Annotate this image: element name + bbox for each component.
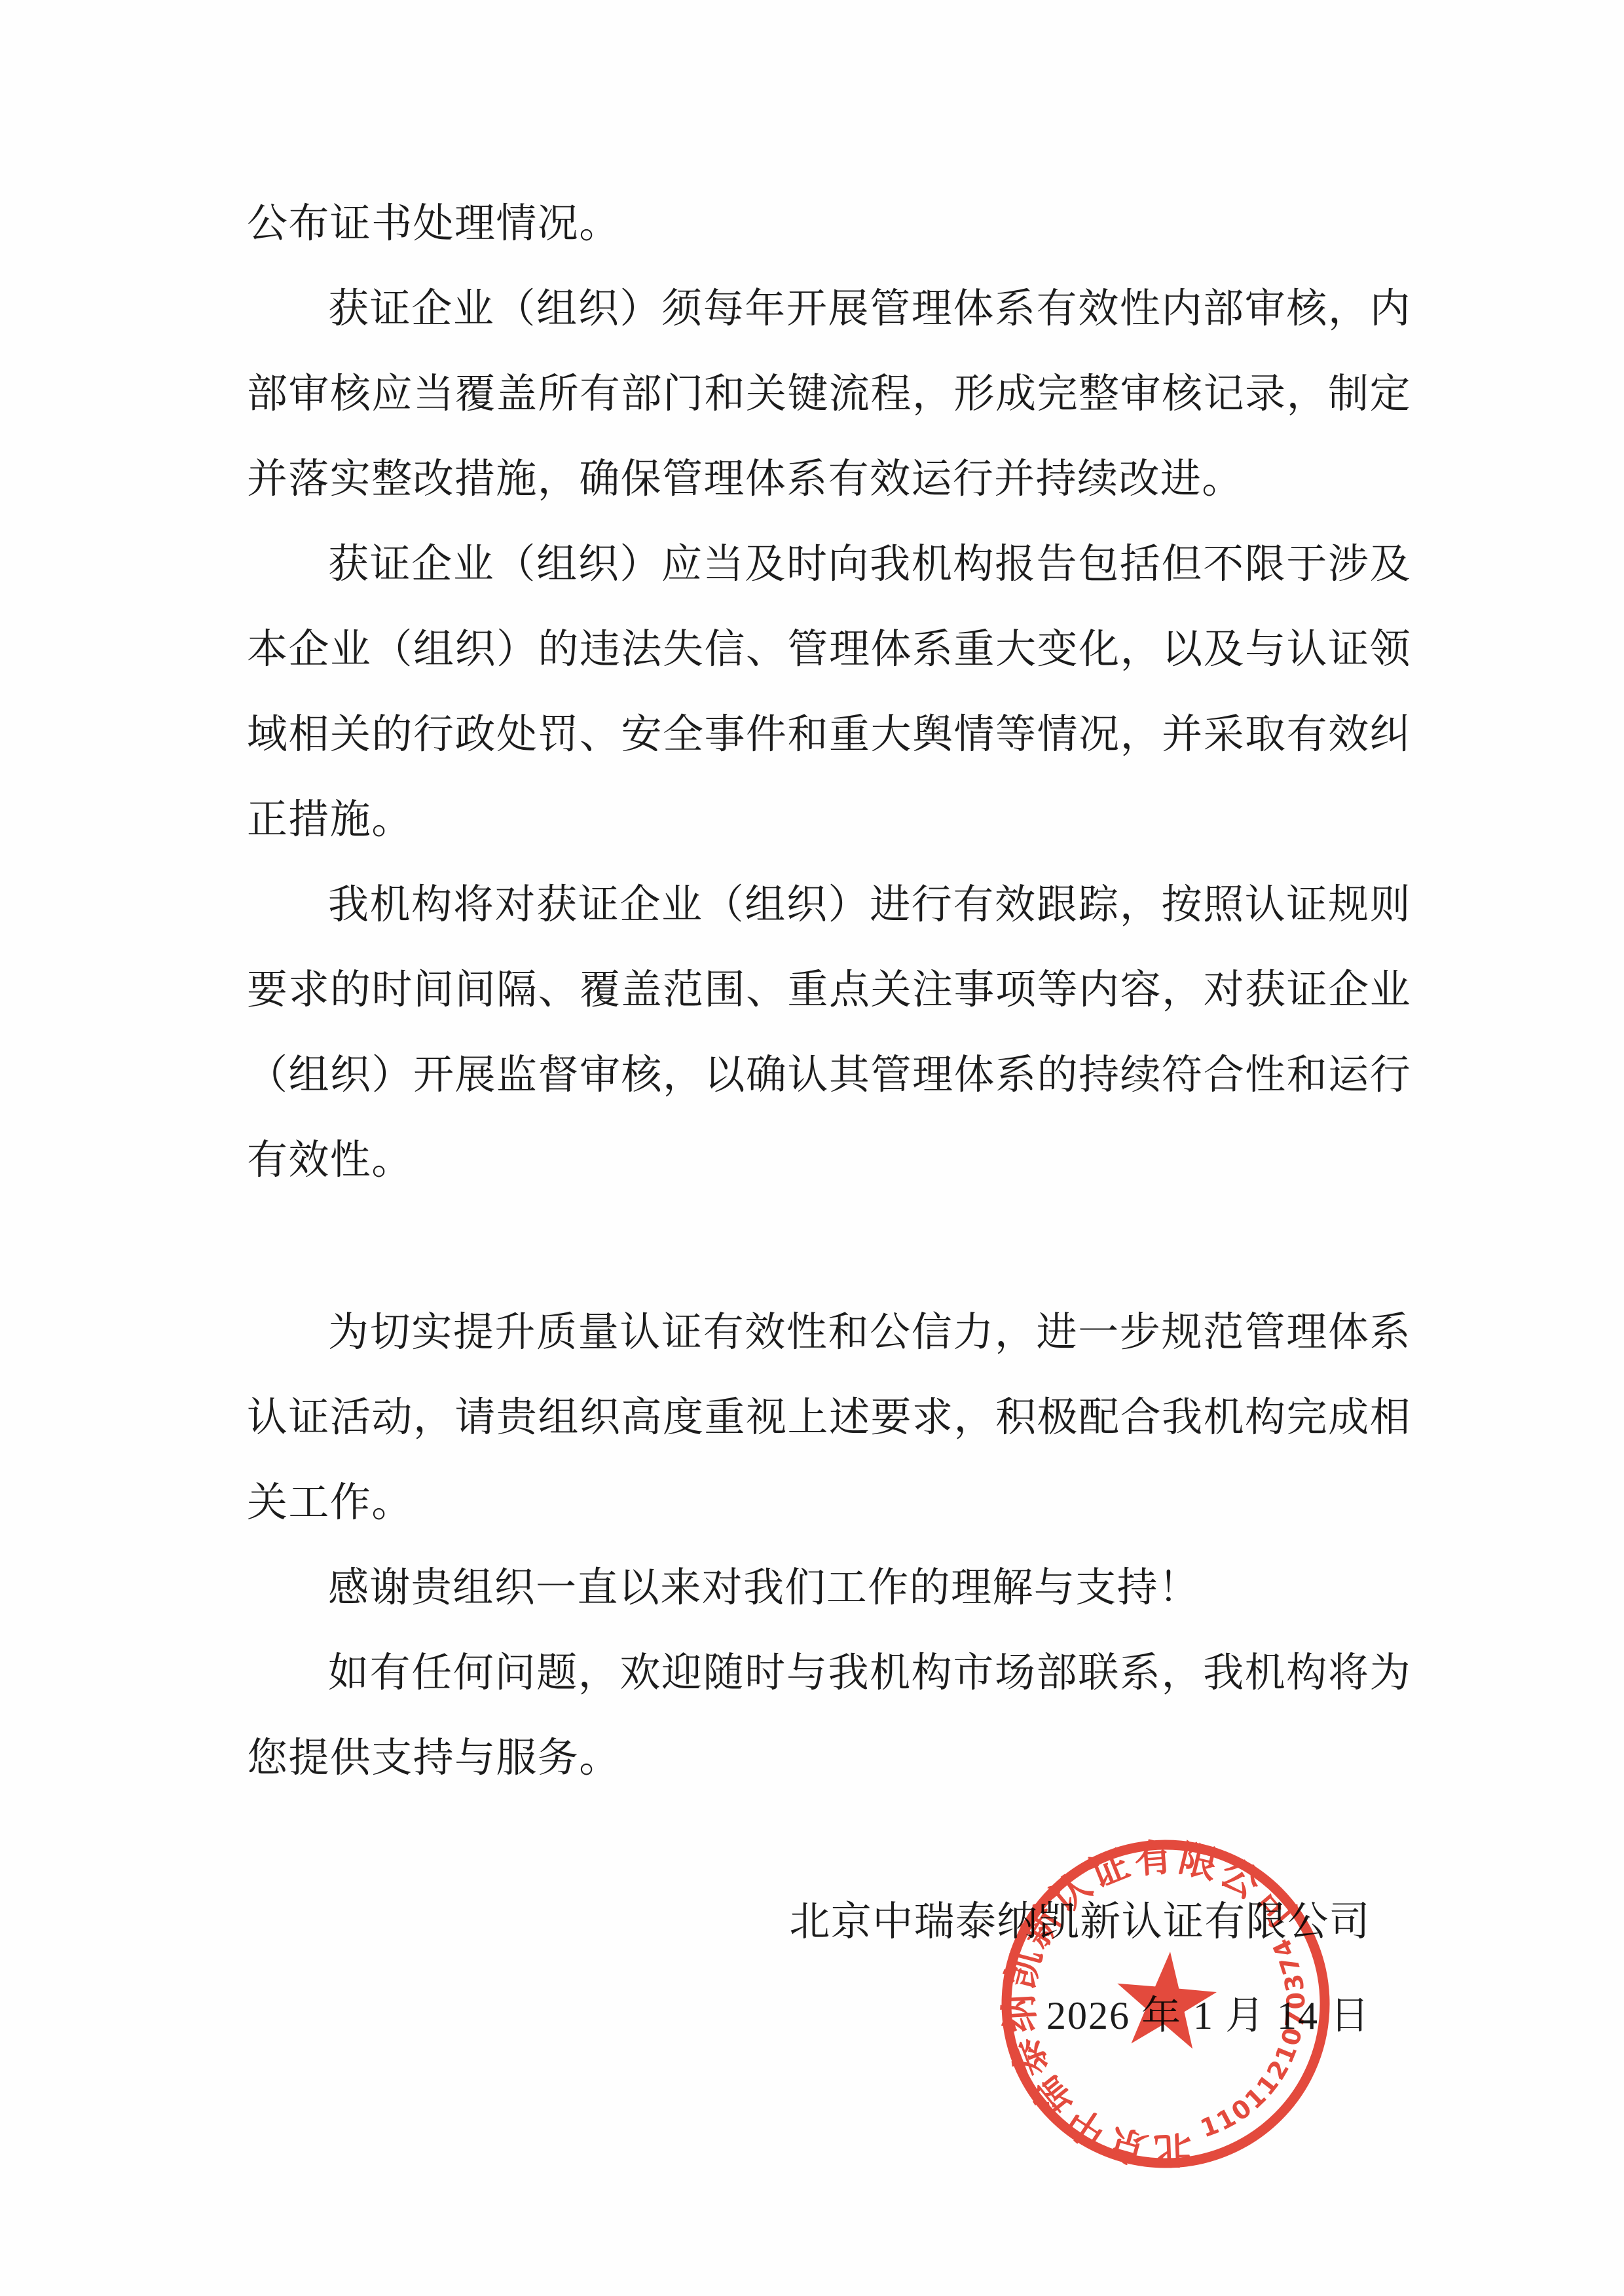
paragraph: 获证企业（组织）应当及时向我机构报告包括但不限于涉及本企业（组织）的违法失信、管… bbox=[247, 522, 1411, 862]
paragraph: 获证企业（组织）须每年开展管理体系有效性内部审核，内部审核应当覆盖所有部门和关键… bbox=[247, 267, 1411, 522]
signature-company: 北京中瑞泰纳凯新认证有限公司 bbox=[247, 1879, 1371, 1965]
paragraph: 如有任何问题，欢迎随时与我机构市场部联系，我机构将为您提供支持与服务。 bbox=[247, 1631, 1411, 1801]
document-body: 公布证书处理情况。 获证企业（组织）须每年开展管理体系有效性内部审核，内部审核应… bbox=[247, 181, 1411, 2058]
paragraph: 为切实提升质量认证有效性和公信力，进一步规范管理体系认证活动，请贵组织高度重视上… bbox=[247, 1290, 1411, 1546]
paragraph: 我机构将对获证企业（组织）进行有效跟踪，按照认证规则要求的时间间隔、覆盖范围、重… bbox=[247, 862, 1411, 1203]
paragraph: 感谢贵组织一直以来对我们工作的理解与支持！ bbox=[247, 1546, 1411, 1631]
paragraph: 公布证书处理情况。 bbox=[247, 181, 1411, 267]
scanned-letter-page: 公布证书处理情况。 获证企业（组织）须每年开展管理体系有效性内部审核，内部审核应… bbox=[0, 0, 1624, 2296]
signature-date: 2026 年 1 月 14 日 bbox=[247, 1973, 1371, 2058]
signature-block: 北京中瑞泰纳凯新认证有限公司 2026 年 1 月 14 日 bbox=[247, 1879, 1411, 2058]
